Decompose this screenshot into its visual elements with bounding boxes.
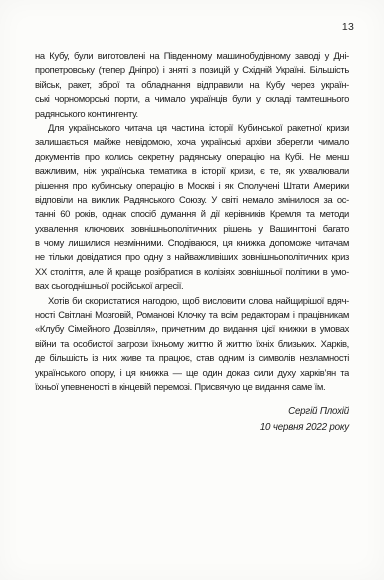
text-line: XX століття, але й краще розібратися в к… [35, 265, 349, 279]
text-line: залишається майже невідомою, хоча україн… [35, 135, 349, 149]
text-line: українського опору, і ця книжка — ще оди… [35, 366, 349, 380]
text-line: війни та особистої загрози їхньому життю… [35, 337, 349, 351]
text-line: «Клубу Сімейного Дозвілля», причетним до… [35, 322, 349, 336]
text-line: відповіли на виклик Радянського Союзу. У… [35, 193, 349, 207]
text-line: Для українського читача ця частина істор… [35, 121, 349, 135]
text-line: вах сьогоднішньої російської агресії. [35, 279, 349, 293]
signature-author: Сергій Плохій [260, 404, 349, 420]
text-line: на Кубу, були виготовлені на Південному … [35, 49, 349, 63]
text-line: радянського контингенту. [35, 107, 349, 121]
book-page: 13 на Кубу, були виготовлені на Південно… [0, 0, 384, 580]
text-line: де більшість із них живе та працює, став… [35, 351, 349, 365]
text-line: в чому лишилися незмінними. Сподіваюся, … [35, 236, 349, 250]
text-line: пропетровську (тепер Дніпро) і зняті з п… [35, 63, 349, 77]
text-line: не тільки довідатися про одну з найважли… [35, 250, 349, 264]
text-line: Хотів би скористатися нагодою, щоб висло… [35, 294, 349, 308]
text-line: танні 60 років, однак спосіб думання й д… [35, 207, 349, 221]
text-line: ухвалення ключових зовнішньополітичних р… [35, 222, 349, 236]
signature-block: Сергій Плохій 10 червня 2022 року [260, 404, 349, 436]
text-line: документів про колись секретну радянську… [35, 150, 349, 164]
text-line: ські чорноморські порти, а чимало україн… [35, 92, 349, 106]
text-line: ності Світлані Мозговій, Романові Клочку… [35, 308, 349, 322]
text-line: важливим, ніж українська тематика в істо… [35, 164, 349, 178]
text-line: їхньої упевненості в кінцевій перемозі. … [35, 380, 349, 394]
text-line: рішення про кубинську операцію в Москві … [35, 179, 349, 193]
signature-date: 10 червня 2022 року [260, 420, 349, 436]
body-text: на Кубу, були виготовлені на Південному … [35, 49, 349, 394]
page-number: 13 [342, 21, 354, 33]
text-line: військ, ракет, зброї та обладнання відпр… [35, 78, 349, 92]
